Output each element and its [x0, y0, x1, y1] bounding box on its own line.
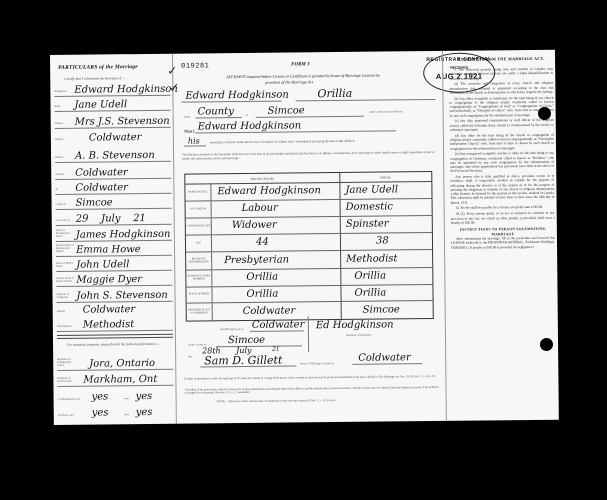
sworn-year: 21	[272, 346, 280, 353]
that-prefix: That I,	[184, 128, 196, 133]
sworn-county-line: Simcoe	[216, 333, 302, 347]
divider	[57, 337, 173, 339]
of-place-line: Orillia	[295, 87, 435, 101]
excerpts-title: EXCERPTS FROM THE MARRIAGE ACT.	[449, 57, 553, 63]
field-groom-father-birthplace: Birthplace of Bridegroom's FatherJora, O…	[57, 352, 173, 371]
footnote-2: *If neither of the parties has resided i…	[185, 386, 441, 396]
instructions-text: After solemnizing the marriage, fill in …	[451, 236, 555, 250]
checkmark-icon: ✓	[167, 64, 177, 78]
footnote-3: (NOTE.—This form will be varied as the c…	[217, 398, 417, 404]
sworn-before-label: SWORN before me at	[220, 328, 244, 331]
field-groom-mother: Maiden Name of Bridegroom's MotherEmma H…	[56, 241, 172, 257]
field-bride: BrideJane Udell	[54, 96, 170, 112]
field-county: County ofSimcoe	[55, 194, 171, 210]
serial-number: 019281	[181, 62, 209, 70]
certify-statement: I certify that I solemnized the marriage…	[64, 76, 126, 81]
issuer-signature-line: Sam D. Gillett	[200, 353, 296, 367]
in-the-label: in the	[184, 116, 190, 119]
issuer-place-line: Coldwater	[352, 349, 422, 365]
table-row: INTENDED PLACE OF MARRIAGEColdwaterSimco…	[187, 301, 433, 321]
this-label: this	[188, 356, 192, 359]
field-bride-father: Name of Bride's FatherJohn Udell	[56, 256, 172, 272]
particulars-column: PARTICULARS of the Marriage I certify th…	[50, 54, 176, 425]
field-groom-father: Name of Bridegroom's FatherJames Hodgkin…	[56, 226, 172, 242]
excerpts-body: 3. The following persons, being men and …	[449, 67, 555, 252]
field-witness-1-address: AddressColdwater	[55, 129, 171, 145]
checkmark-icon: ✓	[169, 81, 179, 95]
field-witness-2-address: AddressColdwater	[55, 164, 171, 180]
punch-hole-icon	[540, 338, 553, 351]
groom-literacy: Can Bridegroom read yes write yes	[57, 388, 173, 403]
issuer-label: Issuer of Marriage Licenses at	[300, 362, 334, 365]
field-marriage-date: On the day of29 July 21	[56, 210, 172, 226]
particulars-table: BRIDEGROOM BRIDE NAMES IN FULLEdward Hod…	[184, 171, 434, 322]
affidavit-column: ✓ ✓ 019281 FORM 3 AFFIDAVIT required bef…	[172, 51, 446, 424]
signature-divider	[308, 316, 309, 352]
residence-statement: usual place of abode within the Province…	[210, 139, 438, 145]
affidavit-subtitle: provision of the Marriage Act.	[265, 79, 314, 85]
has-had-line: his	[184, 135, 206, 146]
field-marriage-place: AtColdwater	[55, 179, 171, 195]
marriage-affidavit-document: PARTICULARS of the Marriage I certify th…	[50, 50, 559, 425]
sworn-place-line: Coldwater	[250, 318, 304, 332]
field-clergyman-address: AddressColdwater	[57, 301, 173, 317]
field-bridegroom: BridegroomEdward Hodgkinson	[54, 81, 170, 97]
divider	[57, 334, 173, 336]
affiant-signature: Ed Hodgkinson	[316, 319, 394, 331]
form-label: FORM 3	[291, 62, 310, 67]
that-name-line: Edward Hodgkinson	[196, 118, 396, 133]
field-bride-mother: Maiden Name of Bride's MotherMaggie Dyer	[56, 271, 172, 287]
bride-literacy: Can Bride read yes write yes	[58, 404, 174, 419]
field-bride-father-birthplace: Birthplace of Bride's FatherMarkham, Ont	[57, 370, 173, 387]
county-type-line: County	[196, 105, 242, 118]
field-witness-2: WitnessA. B. Stevenson	[55, 147, 171, 163]
make-oath-text: make oath and say as follows:	[370, 110, 436, 114]
field-denomination: DenominationMethodist	[57, 316, 173, 332]
affiant-line: Edward Hodgkinson	[181, 89, 281, 103]
of-label: of	[246, 114, 248, 117]
footnote-1: If either of the parties is under the le…	[184, 375, 440, 381]
statistical-note: For statistical purposes, please furnish…	[67, 342, 167, 347]
marriage-act-excerpts: EXCERPTS FROM THE MARRIAGE ACT. 3. The f…	[442, 50, 559, 421]
particulars-header: PARTICULARS of the Marriage	[58, 64, 138, 71]
of-label: of	[285, 97, 287, 100]
affiant-sig-caption: Signature of Deponent	[346, 334, 371, 337]
county-name-line: Simcoe	[256, 104, 364, 118]
facts-statement: That the facts set forth in the hereunde…	[182, 151, 436, 161]
punch-hole-icon	[538, 107, 551, 120]
field-witness-1: WitnessMrs J.S. Stevenson	[55, 113, 171, 129]
